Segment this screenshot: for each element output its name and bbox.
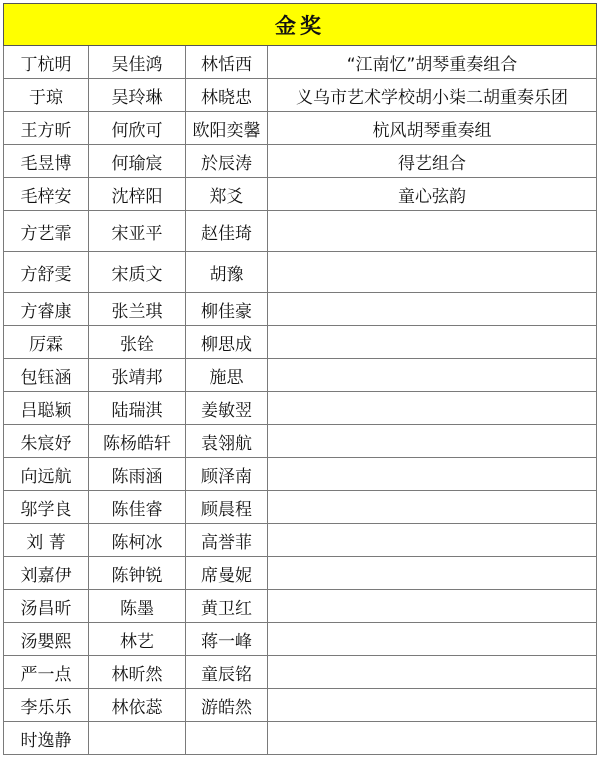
group-winner-cell	[268, 623, 597, 656]
individual-winner-cell: 宋亚平	[89, 211, 186, 252]
individual-winner-cell: 陆瑞淇	[89, 392, 186, 425]
individual-winner-cell: 何欣可	[89, 112, 186, 145]
table-row: 时逸静	[4, 722, 597, 755]
award-sheet: 金奖 丁杭明吴佳鸿林恬西“江南忆”胡琴重奏组合于琼吴玲琳林晓忠义乌市艺术学校胡小…	[3, 3, 596, 755]
individual-winner-cell: 汤昌昕	[4, 590, 89, 623]
individual-winner-cell: 时逸静	[4, 722, 89, 755]
group-winner-cell: 童心弦韵	[268, 178, 597, 211]
individual-winner-cell: 於辰涛	[186, 145, 268, 178]
individual-winner-cell: 朱宸妤	[4, 425, 89, 458]
individual-winner-cell: 方艺霏	[4, 211, 89, 252]
group-winner-cell	[268, 458, 597, 491]
group-winner-cell	[268, 524, 597, 557]
table-row: 方睿康张兰琪柳佳豪	[4, 293, 597, 326]
group-winner-cell	[268, 252, 597, 293]
individual-winner-cell: 包钰涵	[4, 359, 89, 392]
individual-winner-cell: 席曼妮	[186, 557, 268, 590]
individual-winner-cell: 沈梓阳	[89, 178, 186, 211]
individual-winner-cell: 张铨	[89, 326, 186, 359]
individual-winner-cell: 郑爻	[186, 178, 268, 211]
individual-winner-cell: 黄卫红	[186, 590, 268, 623]
individual-winner-cell: 胡豫	[186, 252, 268, 293]
individual-winner-cell: 毛梓安	[4, 178, 89, 211]
table-row: 包钰涵张靖邦施思	[4, 359, 597, 392]
individual-winner-cell: 陈墨	[89, 590, 186, 623]
winners-list: 丁杭明吴佳鸿林恬西“江南忆”胡琴重奏组合于琼吴玲琳林晓忠义乌市艺术学校胡小柒二胡…	[4, 46, 597, 755]
table-row: 吕聪颖陆瑞淇姜敏翌	[4, 392, 597, 425]
table-row: 严一点林昕然童辰铭	[4, 656, 597, 689]
table-row: 汤嬰熙林艺蒋一峰	[4, 623, 597, 656]
individual-winner-cell: 童辰铭	[186, 656, 268, 689]
individual-winner-cell: 林依蕊	[89, 689, 186, 722]
individual-winner-cell: 高誉菲	[186, 524, 268, 557]
individual-winner-cell: 欧阳奕馨	[186, 112, 268, 145]
individual-winner-cell: 顾泽南	[186, 458, 268, 491]
group-winner-cell	[268, 689, 597, 722]
table-row: 方艺霏宋亚平赵佳琦	[4, 211, 597, 252]
group-winner-cell	[268, 722, 597, 755]
individual-winner-cell: 游皓然	[186, 689, 268, 722]
group-winner-cell	[268, 293, 597, 326]
table-row: 于琼吴玲琳林晓忠义乌市艺术学校胡小柒二胡重奏乐团	[4, 79, 597, 112]
individual-winner-cell: 毛昱博	[4, 145, 89, 178]
table-row: 毛昱博何瑜宸於辰涛得艺组合	[4, 145, 597, 178]
group-winner-cell	[268, 590, 597, 623]
individual-winner-cell: 向远航	[4, 458, 89, 491]
award-title: 金奖	[4, 4, 597, 46]
individual-winner-cell: 柳思成	[186, 326, 268, 359]
group-winner-cell	[268, 425, 597, 458]
table-row: 李乐乐林依蕊游皓然	[4, 689, 597, 722]
individual-winner-cell: 张兰琪	[89, 293, 186, 326]
individual-winner-cell: 袁翎航	[186, 425, 268, 458]
individual-winner-cell: 林晓忠	[186, 79, 268, 112]
individual-winner-cell: 柳佳豪	[186, 293, 268, 326]
individual-winner-cell	[89, 722, 186, 755]
individual-winner-cell: 汤嬰熙	[4, 623, 89, 656]
table-row: 向远航陈雨涵顾泽南	[4, 458, 597, 491]
group-winner-cell	[268, 491, 597, 524]
individual-winner-cell: 张靖邦	[89, 359, 186, 392]
individual-winner-cell: 李乐乐	[4, 689, 89, 722]
individual-winner-cell: 林昕然	[89, 656, 186, 689]
individual-winner-cell: 林艺	[89, 623, 186, 656]
table-row: 厉霖张铨柳思成	[4, 326, 597, 359]
individual-winner-cell: 于琼	[4, 79, 89, 112]
individual-winner-cell: 施思	[186, 359, 268, 392]
individual-winner-cell: 厉霖	[4, 326, 89, 359]
individual-winner-cell: 吴佳鸿	[89, 46, 186, 79]
group-winner-cell: 义乌市艺术学校胡小柒二胡重奏乐团	[268, 79, 597, 112]
individual-winner-cell: 何瑜宸	[89, 145, 186, 178]
group-winner-cell	[268, 359, 597, 392]
group-winner-cell	[268, 656, 597, 689]
group-winner-cell: 杭风胡琴重奏组	[268, 112, 597, 145]
individual-winner-cell: 邬学良	[4, 491, 89, 524]
group-winner-cell	[268, 557, 597, 590]
individual-winner-cell: 吕聪颖	[4, 392, 89, 425]
individual-winner-cell	[186, 722, 268, 755]
individual-winner-cell: 宋质文	[89, 252, 186, 293]
individual-winner-cell: 王方昕	[4, 112, 89, 145]
table-row: 朱宸妤陈杨皓轩袁翎航	[4, 425, 597, 458]
group-winner-cell: 得艺组合	[268, 145, 597, 178]
individual-winner-cell: 林恬西	[186, 46, 268, 79]
award-table: 金奖 丁杭明吴佳鸿林恬西“江南忆”胡琴重奏组合于琼吴玲琳林晓忠义乌市艺术学校胡小…	[3, 3, 597, 755]
individual-winner-cell: 赵佳琦	[186, 211, 268, 252]
individual-winner-cell: 吴玲琳	[89, 79, 186, 112]
table-row: 邬学良陈佳睿顾晨程	[4, 491, 597, 524]
table-row: 毛梓安沈梓阳郑爻童心弦韵	[4, 178, 597, 211]
individual-winner-cell: 刘嘉伊	[4, 557, 89, 590]
individual-winner-cell: 陈雨涵	[89, 458, 186, 491]
individual-winner-cell: 姜敏翌	[186, 392, 268, 425]
individual-winner-cell: 陈柯冰	[89, 524, 186, 557]
group-winner-cell: “江南忆”胡琴重奏组合	[268, 46, 597, 79]
table-row: 汤昌昕陈墨黄卫红	[4, 590, 597, 623]
individual-winner-cell: 方舒雯	[4, 252, 89, 293]
individual-winner-cell: 严一点	[4, 656, 89, 689]
individual-winner-cell: 丁杭明	[4, 46, 89, 79]
individual-winner-cell: 方睿康	[4, 293, 89, 326]
individual-winner-cell: 陈杨皓轩	[89, 425, 186, 458]
table-row: 王方昕何欣可欧阳奕馨杭风胡琴重奏组	[4, 112, 597, 145]
table-row: 方舒雯宋质文胡豫	[4, 252, 597, 293]
table-row: 刘嘉伊陈钟锐席曼妮	[4, 557, 597, 590]
individual-winner-cell: 陈钟锐	[89, 557, 186, 590]
table-row: 丁杭明吴佳鸿林恬西“江南忆”胡琴重奏组合	[4, 46, 597, 79]
group-winner-cell	[268, 326, 597, 359]
individual-winner-cell: 顾晨程	[186, 491, 268, 524]
individual-winner-cell: 蒋一峰	[186, 623, 268, 656]
individual-winner-cell: 刘 菁	[4, 524, 89, 557]
individual-winner-cell: 陈佳睿	[89, 491, 186, 524]
group-winner-cell	[268, 392, 597, 425]
table-row: 刘 菁陈柯冰高誉菲	[4, 524, 597, 557]
group-winner-cell	[268, 211, 597, 252]
